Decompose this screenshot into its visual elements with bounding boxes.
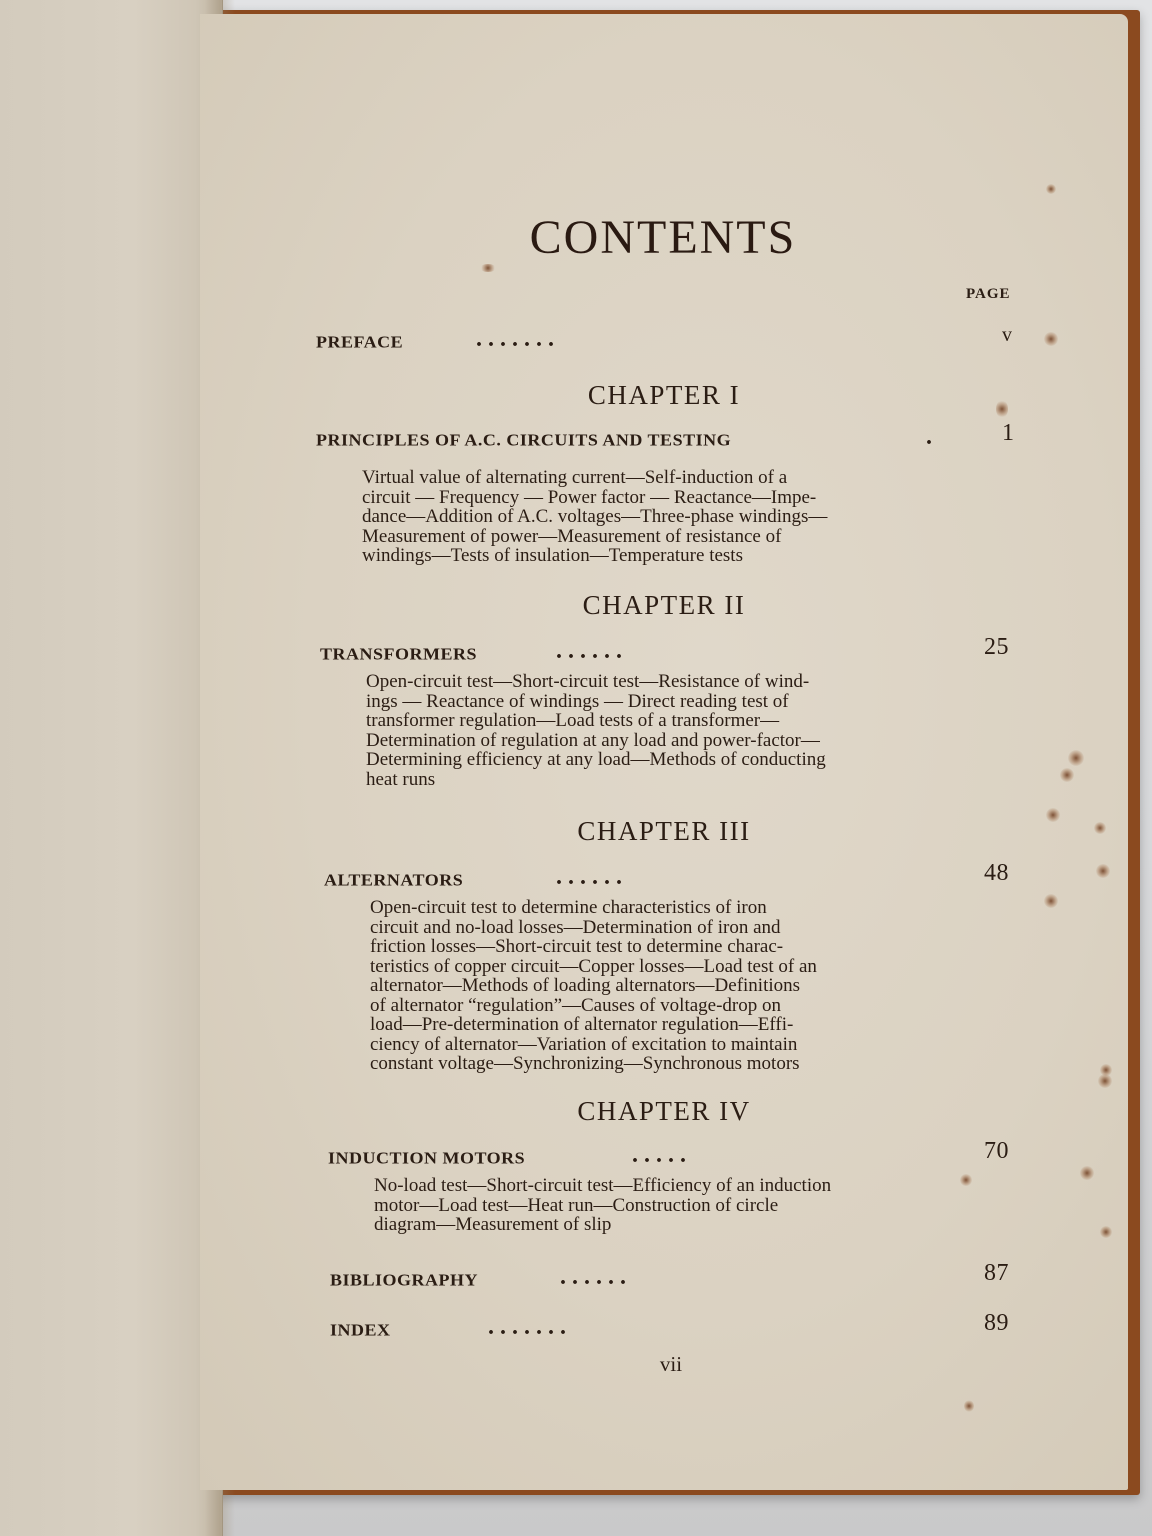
- page-folio: vii: [200, 1352, 1142, 1377]
- summary-line: load—Pre-determination of alternator reg…: [370, 1015, 942, 1035]
- foxing-spot: [1068, 750, 1084, 766]
- left-facing-page: [0, 0, 223, 1536]
- chapter-summary-4: No-load test—Short-circuit test—Efficien…: [374, 1176, 942, 1235]
- foxing-spot: [1044, 894, 1058, 908]
- summary-line: constant voltage—Synchronizing—Synchrono…: [370, 1054, 942, 1074]
- toc-page-number: 87: [984, 1260, 1009, 1287]
- toc-entry-label: BIBLIOGRAPHY: [330, 1271, 478, 1291]
- summary-line: teristics of copper circuit—Copper losse…: [370, 957, 942, 977]
- summary-line: transformer regulation—Load tests of a t…: [366, 711, 942, 731]
- leader-dots: . . . . . . .: [488, 1314, 566, 1341]
- summary-line: No-load test—Short-circuit test—Efficien…: [374, 1176, 942, 1196]
- summary-line: diagram—Measurement of slip: [374, 1215, 942, 1235]
- foxing-spot: [964, 1400, 974, 1412]
- toc-entry-label: ALTERNATORS: [324, 871, 463, 891]
- summary-line: dance—Addition of A.C. voltages—Three-ph…: [362, 507, 942, 527]
- summary-line: alternator—Methods of loading alternator…: [370, 976, 942, 996]
- leader-dots: . . . . . .: [556, 864, 622, 891]
- page-column-label: PAGE: [966, 286, 1011, 303]
- page-title: CONTENTS: [199, 210, 1127, 265]
- foxing-spot: [1080, 1166, 1094, 1180]
- toc-page-number: 25: [984, 634, 1009, 661]
- chapter-summary-3: Open-circuit test to determine character…: [370, 898, 942, 1074]
- leader-dots: . . . . . .: [560, 1264, 626, 1291]
- summary-line: windings—Tests of insulation—Temperature…: [362, 546, 942, 566]
- chapter-heading-4: CHAPTER IV: [200, 1096, 1128, 1127]
- toc-entry-label: INDUCTION MOTORS: [328, 1149, 525, 1169]
- toc-entry-label: INDEX: [330, 1321, 391, 1341]
- chapter-heading-3: CHAPTER III: [200, 816, 1128, 847]
- summary-line: Virtual value of alternating current—Sel…: [362, 468, 942, 488]
- chapter-summary-1: Virtual value of alternating current—Sel…: [362, 468, 942, 566]
- summary-line: of alternator “regulation”—Causes of vol…: [370, 996, 942, 1016]
- chapter-summary-2: Open-circuit test—Short-circuit test—Res…: [366, 672, 942, 789]
- book-photo: CONTENTS PAGE PREFACE . . . . . . . v CH…: [0, 0, 1152, 1536]
- foxing-spot: [1046, 184, 1056, 194]
- toc-entry-chapter-1: PRINCIPLES OF A.C. CIRCUITS AND TESTING …: [316, 430, 1026, 456]
- summary-line: heat runs: [366, 770, 942, 790]
- toc-page-number: 89: [984, 1310, 1009, 1337]
- foxing-spot: [480, 264, 496, 272]
- summary-line: Determining efficiency at any load—Metho…: [366, 750, 942, 770]
- foxing-spot: [1060, 768, 1074, 782]
- leader-dots: .: [926, 424, 932, 451]
- toc-entry-label: TRANSFORMERS: [320, 645, 477, 665]
- chapter-heading-1: CHAPTER I: [200, 380, 1128, 411]
- foxing-spot: [1098, 1074, 1112, 1088]
- foxing-spot: [960, 1174, 972, 1186]
- summary-line: Open-circuit test to determine character…: [370, 898, 942, 918]
- toc-page-number: 48: [984, 860, 1009, 887]
- toc-entry-chapter-3: ALTERNATORS . . . . . . 48: [324, 870, 1034, 896]
- chapter-heading-2: CHAPTER II: [200, 590, 1128, 621]
- summary-line: ciency of alternator—Variation of excita…: [370, 1035, 942, 1055]
- toc-entry-preface: PREFACE . . . . . . . v: [316, 332, 1026, 358]
- summary-line: Measurement of power—Measurement of resi…: [362, 527, 942, 547]
- toc-entry-chapter-2: TRANSFORMERS . . . . . . 25: [320, 644, 1030, 670]
- toc-page-number: 70: [984, 1138, 1009, 1165]
- toc-entry-label: PREFACE: [316, 333, 403, 353]
- summary-line: ings — Reactance of windings — Direct re…: [366, 692, 942, 712]
- toc-entry-index: INDEX . . . . . . . 89: [330, 1320, 1040, 1346]
- toc-page-number: v: [1002, 324, 1013, 347]
- summary-line: Open-circuit test—Short-circuit test—Res…: [366, 672, 942, 692]
- foxing-spot: [1096, 864, 1110, 878]
- toc-entry-label: PRINCIPLES OF A.C. CIRCUITS AND TESTING: [316, 431, 731, 451]
- summary-line: circuit — Frequency — Power factor — Rea…: [362, 488, 942, 508]
- toc-entry-bibliography: BIBLIOGRAPHY . . . . . . 87: [330, 1270, 1040, 1296]
- foxing-spot: [1044, 332, 1058, 346]
- toc-page-number: 1: [1002, 420, 1015, 447]
- summary-line: Determination of regulation at any load …: [366, 731, 942, 751]
- summary-line: circuit and no-load losses—Determination…: [370, 918, 942, 938]
- leader-dots: . . . . . .: [556, 638, 622, 665]
- foxing-spot: [1100, 1226, 1112, 1238]
- leader-dots: . . . . .: [632, 1142, 686, 1169]
- contents-page: CONTENTS PAGE PREFACE . . . . . . . v CH…: [200, 14, 1128, 1490]
- leader-dots: . . . . . . .: [476, 326, 554, 353]
- toc-entry-chapter-4: INDUCTION MOTORS . . . . . 70: [328, 1148, 1038, 1174]
- summary-line: motor—Load test—Heat run—Construction of…: [374, 1196, 942, 1216]
- summary-line: friction losses—Short-circuit test to de…: [370, 937, 942, 957]
